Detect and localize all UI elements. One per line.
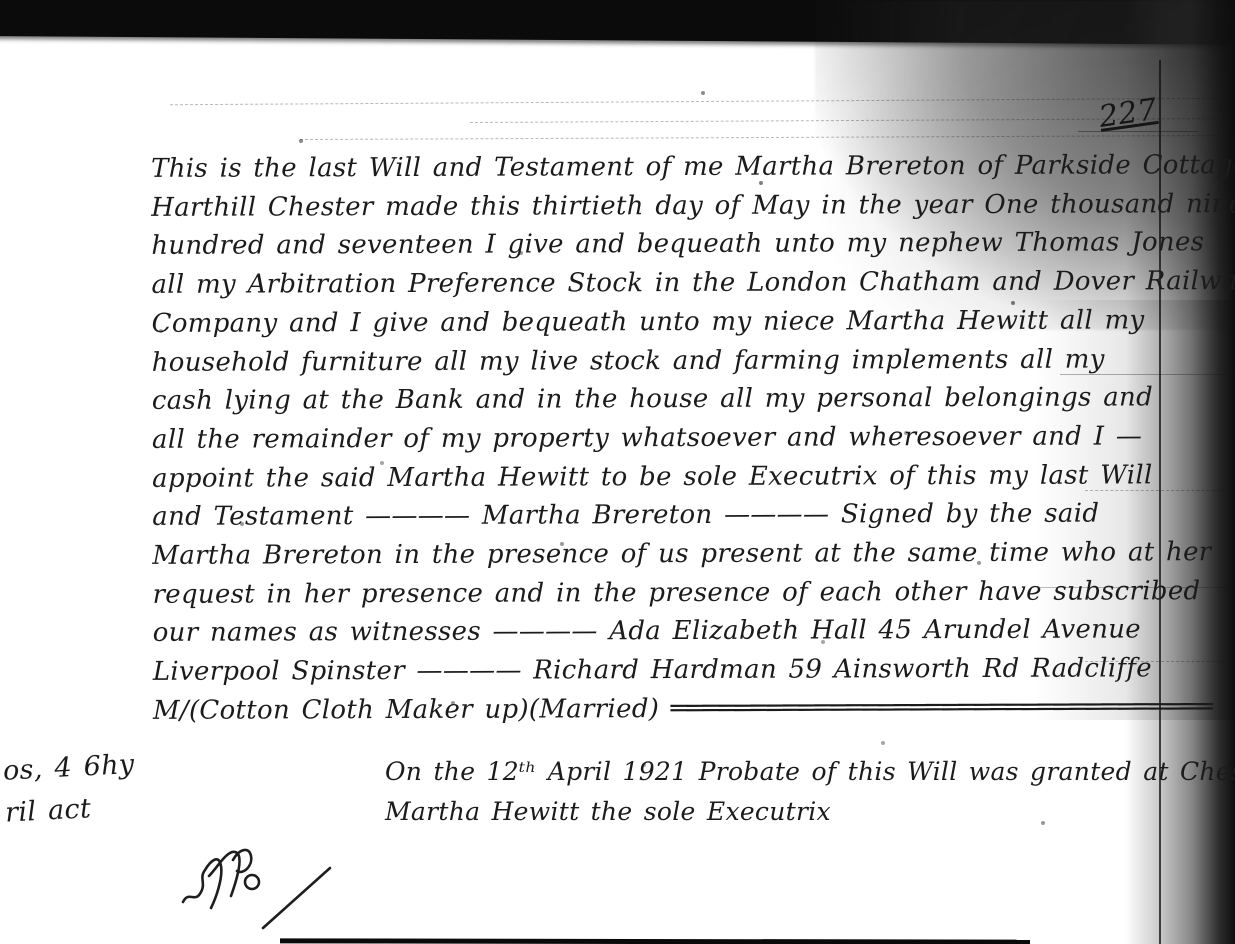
margin-note-line: ril act bbox=[4, 783, 186, 834]
probate-note: On the 12ᵗʰ April 1921 Probate of this W… bbox=[385, 752, 1105, 832]
handwritten-line: request in her presence and in the prese… bbox=[152, 572, 1212, 614]
bottom-edge-scan-band bbox=[280, 938, 1030, 944]
handwritten-line: household furniture all my live stock an… bbox=[152, 340, 1212, 382]
toner-specks bbox=[0, 0, 2, 2]
clerk-initials-mark bbox=[175, 840, 350, 939]
page-number-underline bbox=[1078, 131, 1198, 132]
handwritten-line: M/(Cotton Cloth Maker up)(Married) ═════… bbox=[153, 688, 1213, 730]
handwritten-line: all the remainder of my property whatsoe… bbox=[152, 417, 1212, 459]
handwritten-line: appoint the said Martha Hewitt to be sol… bbox=[152, 456, 1212, 498]
initials-squiggle-icon bbox=[175, 840, 350, 935]
handwritten-line: Liverpool Spinster ———— Richard Hardman … bbox=[153, 649, 1213, 691]
will-body-text: This is the last Will and Testament of m… bbox=[151, 146, 1213, 730]
handwritten-line: our names as witnesses ———— Ada Elizabet… bbox=[153, 611, 1213, 653]
probate-line: On the 12ᵗʰ April 1921 Probate of this W… bbox=[385, 752, 1105, 792]
handwritten-line: cash lying at the Bank and in the house … bbox=[152, 378, 1212, 420]
margin-annotation: os, 4 6hyril act bbox=[2, 741, 186, 834]
handwritten-line: hundred and seventeen I give and bequeat… bbox=[151, 224, 1211, 266]
handwritten-line: Harthill Chester made this thirtieth day… bbox=[151, 185, 1211, 227]
handwritten-line: Martha Brereton in the presence of us pr… bbox=[152, 533, 1212, 575]
handwritten-line: Company and I give and bequeath unto my … bbox=[152, 301, 1212, 343]
scanned-will-page: 227 This is the last Will and Testament … bbox=[0, 0, 1235, 944]
handwritten-line: and Testament ———— Martha Brereton ———— … bbox=[152, 494, 1212, 536]
handwritten-line: This is the last Will and Testament of m… bbox=[151, 146, 1211, 188]
handwritten-line: all my Arbitration Preference Stock in t… bbox=[151, 262, 1211, 304]
probate-line: Martha Hewitt the sole Executrix bbox=[385, 792, 1105, 832]
